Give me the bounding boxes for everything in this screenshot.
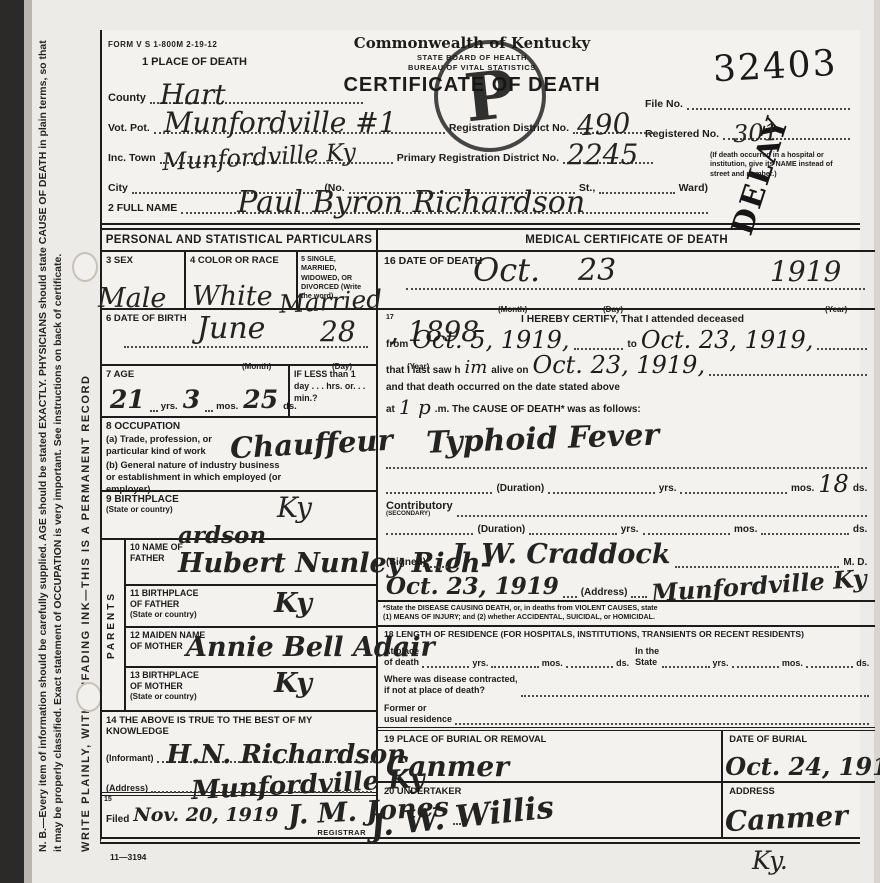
- cause-intro: .m. The CAUSE OF DEATH* was as follows:: [435, 404, 641, 415]
- dotted-line: H.N. Richardson: [157, 751, 373, 763]
- dob-day: 28: [320, 318, 356, 346]
- city-ward-label: Ward): [679, 182, 708, 194]
- form-body: PERSONAL AND STATISTICAL PARTICULARS 3 S…: [102, 230, 860, 837]
- occurred-line: and that death occurred on the date stat…: [386, 382, 867, 393]
- vot-pot-row: Vot. Pot. Munfordville #1 Registration D…: [108, 122, 653, 134]
- burial-date-value: Oct. 24, 1919: [725, 755, 880, 779]
- personal-title: PERSONAL AND STATISTICAL PARTICULARS: [102, 230, 376, 252]
- dotted-line: Munfordville Ky: [160, 152, 393, 164]
- inc-town-row: Inc. Town Munfordville Ky Primary Regist…: [108, 152, 653, 164]
- usual-residence-word: usual residence: [384, 714, 452, 724]
- filed-line: Filed Nov. 20, 1919 J. M. Jones: [106, 798, 370, 825]
- informant-address-line: (Address) Munfordville Ky: [106, 781, 372, 793]
- mos-label: mos.: [734, 524, 757, 535]
- sex-cell: 3 SEX Male: [102, 252, 186, 308]
- certify-item-number: 17: [386, 314, 394, 321]
- former-word: Former or: [384, 703, 427, 713]
- file-no-row: File No.: [645, 98, 850, 110]
- duration2-label: (Duration): [477, 524, 525, 535]
- address-label: (Address): [581, 587, 628, 598]
- informant-value: H.N. Richardson: [167, 742, 407, 768]
- filed-date: Nov. 20, 1919: [133, 806, 278, 825]
- sign-date: Oct. 23, 1919: [386, 575, 559, 598]
- cause-footnote: *State the DISEASE CAUSING DEATH, or, in…: [378, 600, 875, 625]
- parents-vertical-label: PARENTS: [102, 540, 126, 710]
- filed-label: Filed: [106, 814, 129, 825]
- at-label: at: [386, 404, 395, 415]
- registered-no-value: 301: [733, 120, 780, 146]
- ds-label: ds.: [616, 658, 629, 668]
- of-death-word: of death: [384, 657, 419, 667]
- burial-place-cell: 19 PLACE OF BURIAL OR REMOVAL Canmer: [378, 731, 723, 781]
- registered-no-label: Registered No.: [645, 128, 719, 140]
- form-header: FORM V S 1-800M 2-19-12 1 PLACE OF DEATH…: [102, 30, 860, 230]
- dob-label: 6 DATE OF BIRTH: [106, 313, 187, 324]
- undertaker-row: 20 UNDERTAKER J. W. Willis ADDRESS Canme…: [378, 781, 875, 837]
- undertaker-label: 20 UNDERTAKER: [384, 786, 461, 796]
- county-value: Hart: [160, 81, 226, 109]
- to-label: to: [627, 339, 636, 350]
- informant-label: (Informant): [106, 753, 154, 763]
- father-birthplace-value: Ky: [274, 590, 312, 617]
- dotted-line: [529, 524, 616, 535]
- undertaker-cell: 20 UNDERTAKER J. W. Willis: [378, 783, 723, 837]
- state-or-country-caption: (State or country): [130, 692, 372, 702]
- dotted-line: [732, 657, 779, 668]
- father-name-row: 10 NAME OF FATHER ardson Hubert Nunley R…: [126, 540, 376, 586]
- mos-label: mos.: [216, 401, 238, 412]
- burial-place-label: 19 PLACE OF BURIAL OR REMOVAL: [384, 734, 546, 744]
- occupation-b-label: (b) General nature of industry business …: [106, 459, 291, 495]
- burial-place-value: Canmer: [386, 753, 509, 781]
- state-or-country-caption: (State or country): [106, 505, 372, 514]
- burial-row: 19 PLACE OF BURIAL OR REMOVAL Canmer DAT…: [378, 727, 875, 781]
- dod-label: 16 DATE OF DEATH: [384, 255, 482, 267]
- undertaker-address-label: ADDRESS: [729, 786, 774, 796]
- marital-cell: 5 SINGLE, MARRIED, WIDOWED, OR DIVORCED …: [298, 252, 376, 308]
- vot-pot-label: Vot. Pot.: [108, 122, 150, 134]
- dotted-line: [150, 401, 158, 412]
- yrs-label: yrs.: [659, 483, 677, 494]
- month-caption: (Month): [498, 305, 527, 314]
- dotted-line: [563, 587, 577, 598]
- father-name-overflow: ardson: [178, 524, 372, 547]
- contracted-label: Where was disease contracted, if not at …: [384, 674, 518, 697]
- physician-signature: J. W. Craddock: [452, 541, 671, 568]
- sex-value: Male: [98, 285, 166, 312]
- dod-month: Oct.: [473, 254, 540, 286]
- circular-stamp-icon: P: [434, 40, 546, 152]
- duration-line: (Duration) yrs. mos. 18 ds.: [386, 475, 867, 494]
- race-value: White: [192, 283, 273, 310]
- attended-to-date: Oct. 23, 1919,: [641, 331, 814, 350]
- full-name-label: 2 FULL NAME: [108, 202, 177, 214]
- yrs-label: yrs.: [713, 658, 729, 668]
- duration2-line: (Duration) yrs. mos. ds.: [386, 524, 867, 535]
- dotted-line: Munfordville Ky: [151, 781, 372, 793]
- informant-section: 14 THE ABOVE IS TRUE TO THE BEST OF MY K…: [102, 712, 376, 796]
- dotted-line: [643, 524, 730, 535]
- certificate-form: FORM V S 1-800M 2-19-12 1 PLACE OF DEATH…: [100, 30, 860, 844]
- mos-label: mos.: [542, 658, 563, 668]
- year-caption: (Year): [825, 305, 847, 314]
- filed-row: 15 Filed Nov. 20, 1919 J. M. Jones REGIS…: [102, 796, 376, 837]
- form-code: FORM V S 1-800M 2-19-12: [108, 40, 217, 49]
- signed-label: (Signed): [386, 557, 426, 568]
- dotted-line: Munfordville #1: [154, 122, 445, 134]
- sex-race-marital-row: 3 SEX Male 4 COLOR OR RACE White 5 SINGL…: [102, 252, 376, 310]
- race-label: 4 COLOR OR RACE: [190, 255, 279, 266]
- residence-label: 18 LENGTH OF RESIDENCE (FOR HOSPITALS, I…: [384, 629, 869, 640]
- dotted-line: [386, 524, 473, 535]
- dotted-line: [422, 657, 469, 668]
- duration-days-value: 18: [818, 475, 849, 494]
- mother-birthplace-row: 13 BIRTHPLACE OF MOTHER (State or countr…: [126, 668, 376, 710]
- undertaker-address-value: Canmer: [725, 802, 849, 836]
- age-row: 7 AGE 21 yrs. 3 mos. 25 ds. IF LESS tha: [102, 366, 376, 418]
- attended-dates-line: from Oct. 5, 1919, to Oct. 23, 1919,: [386, 331, 867, 350]
- cause-of-death-value: Typhoid Fever: [426, 413, 868, 458]
- dotted-line: [457, 506, 868, 517]
- truth-statement: 14 THE ABOVE IS TRUE TO THE BEST OF MY K…: [106, 715, 372, 737]
- dotted-line: [806, 657, 853, 668]
- time-cause-line: at 1 p .m. The CAUSE OF DEATH* was as fo…: [386, 399, 867, 415]
- dotted-line: [430, 557, 448, 568]
- dotted-line: [817, 339, 867, 350]
- mos-label: mos.: [791, 483, 814, 494]
- certify-statement: I HEREBY CERTIFY, That I attended deceas…: [398, 314, 867, 325]
- medical-title: MEDICAL CERTIFICATE OF DEATH: [378, 230, 875, 252]
- dotted-line: [386, 483, 492, 494]
- contracted-line-1: Where was disease contracted,: [384, 674, 518, 684]
- former-residence-label: Former or usual residence: [384, 703, 452, 726]
- state-word: State: [635, 657, 657, 667]
- last-saw-date: Oct. 23, 1919,: [533, 356, 706, 375]
- death-certificate-scan: N. B.—Every item of information should b…: [0, 0, 880, 883]
- attended-from-date: Oct. 5, 1919,: [412, 331, 569, 350]
- vot-pot-value: Munfordville #1: [164, 109, 397, 137]
- mos-label: mos.: [782, 658, 803, 668]
- paper-left-shadow: [24, 0, 32, 883]
- mother-name-row: 12 MAIDEN NAME OF MOTHER Annie Bell Adai…: [126, 628, 376, 668]
- dotted-line: [631, 587, 647, 598]
- full-name-value: Paul Byron Richardson: [237, 188, 585, 218]
- dotted-line: 490: [573, 122, 653, 134]
- dob-month: June: [197, 314, 265, 344]
- dotted-line: [709, 365, 867, 376]
- state-or-country-caption: (State or country): [130, 610, 372, 620]
- parents-rows: 10 NAME OF FATHER ardson Hubert Nunley R…: [126, 540, 376, 710]
- city-label: City: [108, 182, 128, 194]
- ds-label: ds.: [856, 658, 869, 668]
- dotted-line: Paul Byron Richardson: [181, 202, 708, 214]
- at-place-word: At place: [384, 646, 419, 656]
- dotted-line: [566, 657, 613, 668]
- undertaker-state-value: Ky.: [752, 848, 788, 873]
- age-days: 25: [243, 387, 278, 412]
- age-label: 7 AGE: [106, 369, 134, 380]
- contracted-line: Where was disease contracted, if not at …: [384, 674, 869, 697]
- dotted-line: [680, 483, 786, 494]
- in-the-state-label: In the State: [635, 646, 659, 669]
- dotted-line: [455, 714, 869, 725]
- last-saw-post: alive on: [491, 365, 528, 376]
- full-name-row: 2 FULL NAME Paul Byron Richardson: [108, 202, 708, 214]
- parents-label-text: PARENTS: [106, 591, 117, 659]
- dod-day: 23: [578, 256, 616, 286]
- ds-label: ds.: [853, 483, 867, 494]
- burial-date-label: DATE OF BURIAL: [729, 734, 807, 744]
- day-caption: (Day): [332, 362, 352, 371]
- age-years: 21: [110, 387, 145, 412]
- scan-left-edge: [0, 0, 24, 883]
- at-place-of-death-label: At place of death: [384, 646, 419, 669]
- medical-column: MEDICAL CERTIFICATE OF DEATH 16 DATE OF …: [378, 230, 875, 837]
- dotted-line: [491, 657, 538, 668]
- registrar-label: REGISTRAR: [317, 828, 366, 837]
- undertaker-signature: J. W. Willis: [369, 792, 555, 842]
- dotted-line: [548, 483, 654, 494]
- primary-district-label: Primary Registration District No.: [397, 152, 559, 164]
- place-of-death-label: 1 PLACE OF DEATH: [142, 56, 247, 68]
- primary-district-value: 2245: [567, 141, 638, 169]
- birthplace-value: Ky: [277, 494, 312, 522]
- punch-hole: [76, 682, 102, 712]
- occupation-row: 8 OCCUPATION (a) Trade, profession, or p…: [102, 418, 376, 492]
- dotted-line: [599, 183, 674, 194]
- occupation-value: Chauffeur: [229, 426, 393, 463]
- county-row: County Hart: [108, 92, 363, 104]
- mother-birthplace-label: 13 BIRTHPLACE OF MOTHER: [130, 670, 210, 692]
- ds-label: ds.: [283, 401, 297, 412]
- dotted-line: [574, 339, 624, 350]
- sex-label: 3 SEX: [106, 255, 133, 266]
- yrs-label: yrs.: [472, 658, 488, 668]
- dotted-line: [761, 524, 848, 535]
- inc-town-value: Munfordville Ky: [161, 140, 356, 174]
- footnote-line-2: (1) MEANS OF INJURY; and (2) whether ACC…: [383, 613, 870, 623]
- dotted-line: [662, 657, 709, 668]
- margin-note-nb: N. B.—Every item of information should b…: [36, 40, 65, 852]
- yrs-label: yrs.: [621, 524, 639, 535]
- contributory-line: Contributory (SECONDARY): [386, 500, 867, 517]
- in-the-word: In the: [635, 646, 659, 656]
- contributory-label: Contributory (SECONDARY): [386, 500, 453, 517]
- former-residence-line: Former or usual residence: [384, 703, 869, 726]
- last-saw-pre: that I last saw h: [386, 365, 460, 376]
- age-months: 3: [183, 387, 200, 412]
- address-label: (Address): [106, 783, 148, 793]
- signed-line: (Signed) J. W. Craddock M. D.: [386, 541, 867, 568]
- last-saw-pronoun: im: [464, 361, 487, 375]
- informant-line: (Informant) H.N. Richardson: [106, 751, 372, 763]
- date-of-death-row: 16 DATE OF DEATH Oct. 23 1919 (Month) (D…: [378, 252, 875, 310]
- dotted-line: 2245: [563, 152, 653, 164]
- age-cell: 7 AGE 21 yrs. 3 mos. 25 ds.: [102, 366, 288, 416]
- from-label: from: [386, 339, 408, 350]
- age-values-line: 21 yrs. 3 mos. 25 ds.: [108, 387, 282, 412]
- residence-section: 18 LENGTH OF RESIDENCE (FOR HOSPITALS, I…: [378, 625, 875, 727]
- sign-date-address-line: Oct. 23, 1919 (Address) Munfordville Ky: [386, 574, 867, 598]
- yrs-label: yrs.: [161, 401, 178, 412]
- date-of-birth-row: 6 DATE OF BIRTH June 28 , 1898 (Month) (…: [102, 310, 376, 366]
- registered-no-row: Registered No. 301: [645, 128, 850, 140]
- punch-hole: [72, 252, 98, 282]
- hospital-note: (If death occurred in a hospital or inst…: [710, 150, 852, 178]
- residence-values-line: At place of death yrs. mos. ds. In the S…: [384, 646, 869, 669]
- dod-year: 1919: [770, 258, 841, 286]
- ds-label: ds.: [853, 524, 867, 535]
- dotted-line: [521, 686, 870, 697]
- margin-note-permanent: WRITE PLAINLY, WITH UNFADING INK—THIS IS…: [80, 40, 92, 852]
- footnote-line-1: *State the DISEASE CAUSING DEATH, or, in…: [383, 604, 870, 614]
- day-caption: (Day): [603, 305, 623, 314]
- if-less-cell: IF LESS than 1 day . . . hrs. or. . . mi…: [288, 366, 376, 416]
- father-birthplace-label: 11 BIRTHPLACE OF FATHER: [130, 588, 210, 610]
- certify-section: 17 I HEREBY CERTIFY, That I attended dec…: [378, 310, 875, 600]
- county-label: County: [108, 92, 146, 104]
- father-birthplace-row: 11 BIRTHPLACE OF FATHER (State or countr…: [126, 586, 376, 628]
- dotted-line: Hart: [150, 92, 363, 104]
- dotted-line: [687, 99, 850, 110]
- serial-number: 32403: [712, 43, 839, 90]
- birthplace-label: 9 BIRTHPLACE: [106, 494, 372, 505]
- parents-section: PARENTS 10 NAME OF FATHER ardson Hubert …: [102, 540, 376, 712]
- file-no-label: File No.: [645, 98, 683, 110]
- reg-district-value: 490: [576, 110, 631, 141]
- certify-heading-line: 17 I HEREBY CERTIFY, That I attended dec…: [386, 314, 867, 325]
- duration-label: (Duration): [496, 483, 544, 494]
- dotted-line: [205, 401, 213, 412]
- burial-date-cell: DATE OF BURIAL Oct. 24, 1919: [723, 731, 875, 781]
- undertaker-address-cell: ADDRESS Canmer: [723, 783, 875, 837]
- inc-town-label: Inc. Town: [108, 152, 156, 164]
- plate-code: 11—3194: [110, 852, 146, 862]
- reg-district-label: Registration District No.: [449, 122, 569, 134]
- death-time: 1 p: [399, 399, 431, 415]
- mother-birthplace-value: Ky: [274, 670, 312, 697]
- dotted-line: 301: [723, 128, 850, 140]
- last-saw-line: that I last saw h im alive on Oct. 23, 1…: [386, 356, 867, 375]
- contracted-line-2: if not at place of death?: [384, 685, 485, 695]
- personal-column: PERSONAL AND STATISTICAL PARTICULARS 3 S…: [102, 230, 378, 837]
